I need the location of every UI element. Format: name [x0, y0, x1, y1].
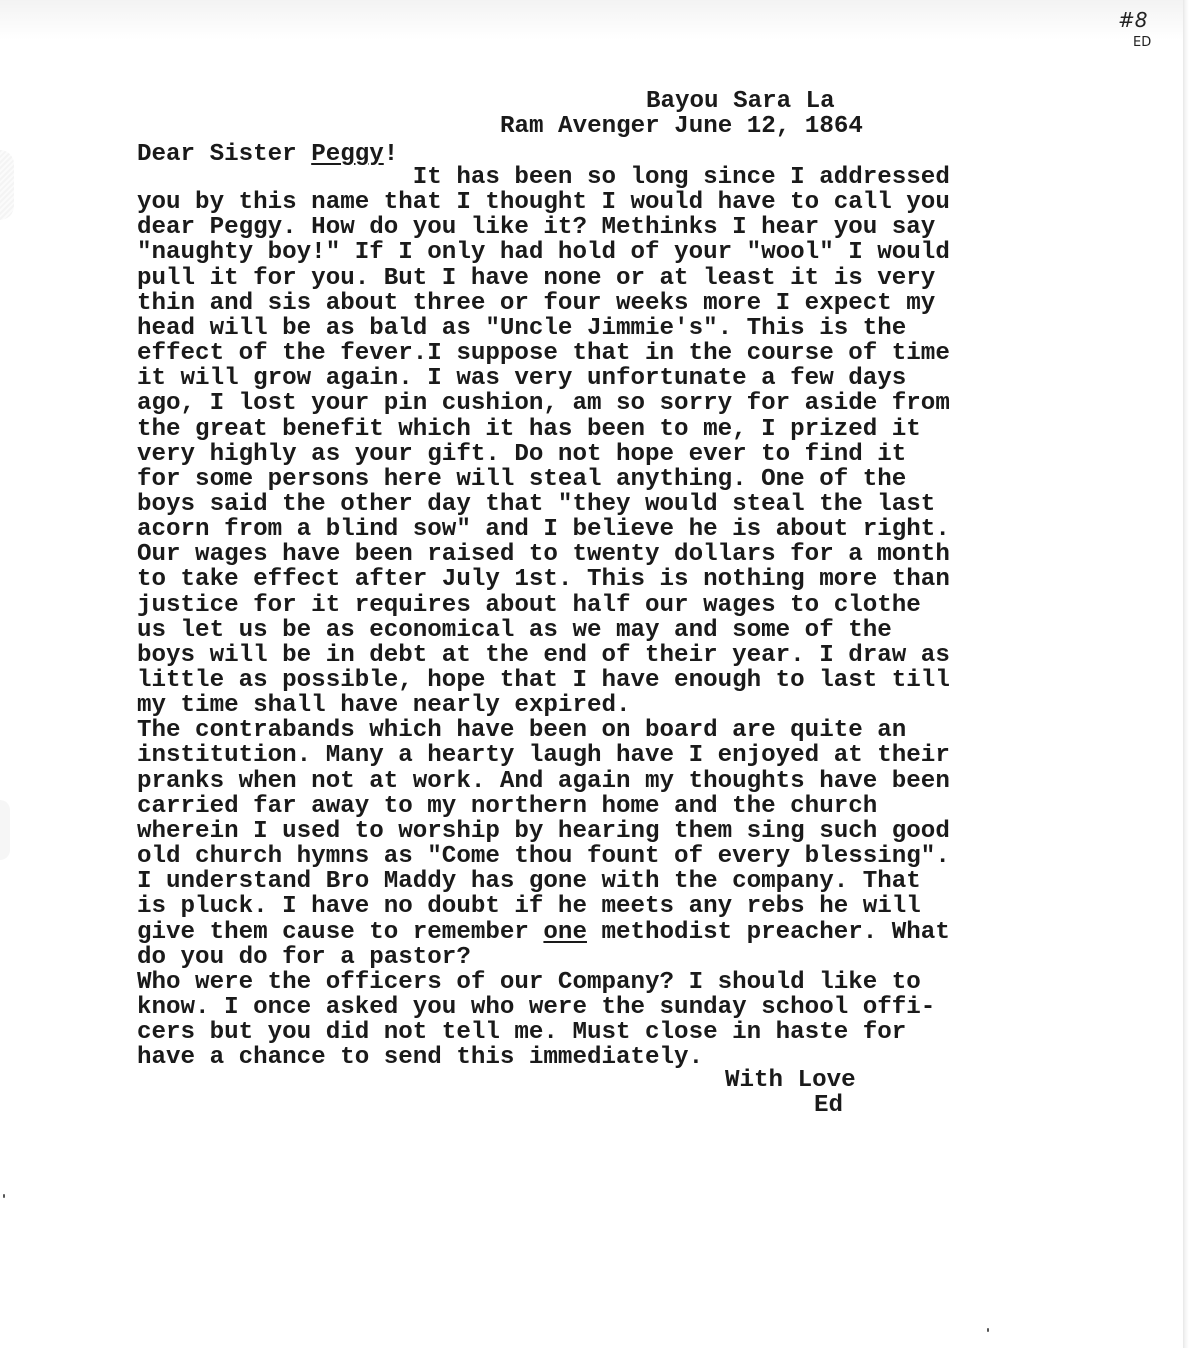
body-line: little as possible, hope that I have eno…: [137, 668, 950, 693]
body-line: wherein I used to worship by hearing the…: [137, 819, 950, 844]
body-line: dear Peggy. How do you like it? Methinks…: [137, 215, 935, 240]
body-line: very highly as your gift. Do not hope ev…: [137, 442, 906, 467]
body-line: my time shall have nearly expired.: [137, 693, 631, 718]
body-line: boys will be in debt at the end of their…: [137, 643, 950, 668]
body-line: the great benefit which it has been to m…: [137, 417, 921, 442]
body-line: to take effect after July 1st. This is n…: [137, 567, 950, 592]
closing-phrase: With Love: [725, 1068, 856, 1093]
archive-initials-annotation: ED: [1133, 35, 1151, 50]
letter-place: Bayou Sara La: [646, 89, 835, 114]
body-line: pull it for you. But I have none or at l…: [137, 266, 935, 291]
body-line: acorn from a blind sow" and I believe he…: [137, 517, 950, 542]
letter-page: #8 ED Bayou Sara La Ram Avenger June 12,…: [0, 0, 1184, 1348]
body-line: have a chance to send this immediately.: [137, 1045, 703, 1070]
text-before: give them cause to remember: [137, 919, 543, 946]
body-line: "naughty boy!" If I only had hold of you…: [137, 240, 950, 265]
body-line: head will be as bald as "Uncle Jimmie's"…: [137, 316, 906, 341]
body-line: do you do for a pastor?: [137, 945, 471, 970]
archive-number-annotation: #8: [1118, 8, 1147, 32]
body-line: you by this name that I thought I would …: [137, 190, 950, 215]
text-after: methodist preacher. What: [587, 919, 950, 946]
body-line: boys said the other day that "they would…: [137, 492, 935, 517]
body-line: effect of the fever.I suppose that in th…: [137, 341, 950, 366]
body-line: cers but you did not tell me. Must close…: [137, 1020, 906, 1045]
body-line: old church hymns as "Come thou fount of …: [137, 844, 950, 869]
scan-artifact: [0, 150, 14, 220]
body-line: The contrabands which have been on board…: [137, 718, 906, 743]
body-line-underlined: give them cause to remember one methodis…: [137, 920, 950, 945]
body-line: is pluck. I have no doubt if he meets an…: [137, 894, 921, 919]
body-line: carried far away to my northern home and…: [137, 794, 877, 819]
body-line: Who were the officers of our Company? I …: [137, 970, 921, 995]
body-line: Our wages have been raised to twenty dol…: [137, 542, 950, 567]
scan-artifact: [0, 800, 10, 860]
body-line: I understand Bro Maddy has gone with the…: [137, 869, 921, 894]
body-line: thin and sis about three or four weeks m…: [137, 291, 935, 316]
body-line: It has been so long since I addressed: [137, 165, 950, 190]
body-line: justice for it requires about half our w…: [137, 593, 921, 618]
signature: Ed: [814, 1093, 843, 1118]
body-line: pranks when not at work. And again my th…: [137, 769, 950, 794]
letter-ship-date: Ram Avenger June 12, 1864: [500, 114, 863, 139]
body-line: us let us be as economical as we may and…: [137, 618, 892, 643]
body-line: it will grow again. I was very unfortuna…: [137, 366, 906, 391]
body-line: institution. Many a hearty laugh have I …: [137, 743, 950, 768]
scan-shading: [0, 0, 1184, 40]
body-line: know. I once asked you who were the sund…: [137, 995, 935, 1020]
underlined-word: one: [543, 919, 587, 946]
scan-speck: [3, 1194, 5, 1198]
body-line: ago, I lost your pin cushion, am so sorr…: [137, 391, 950, 416]
scan-edge: [1183, 0, 1200, 1348]
body-line: for some persons here will steal anythin…: [137, 467, 906, 492]
scan-speck: [987, 1328, 989, 1332]
